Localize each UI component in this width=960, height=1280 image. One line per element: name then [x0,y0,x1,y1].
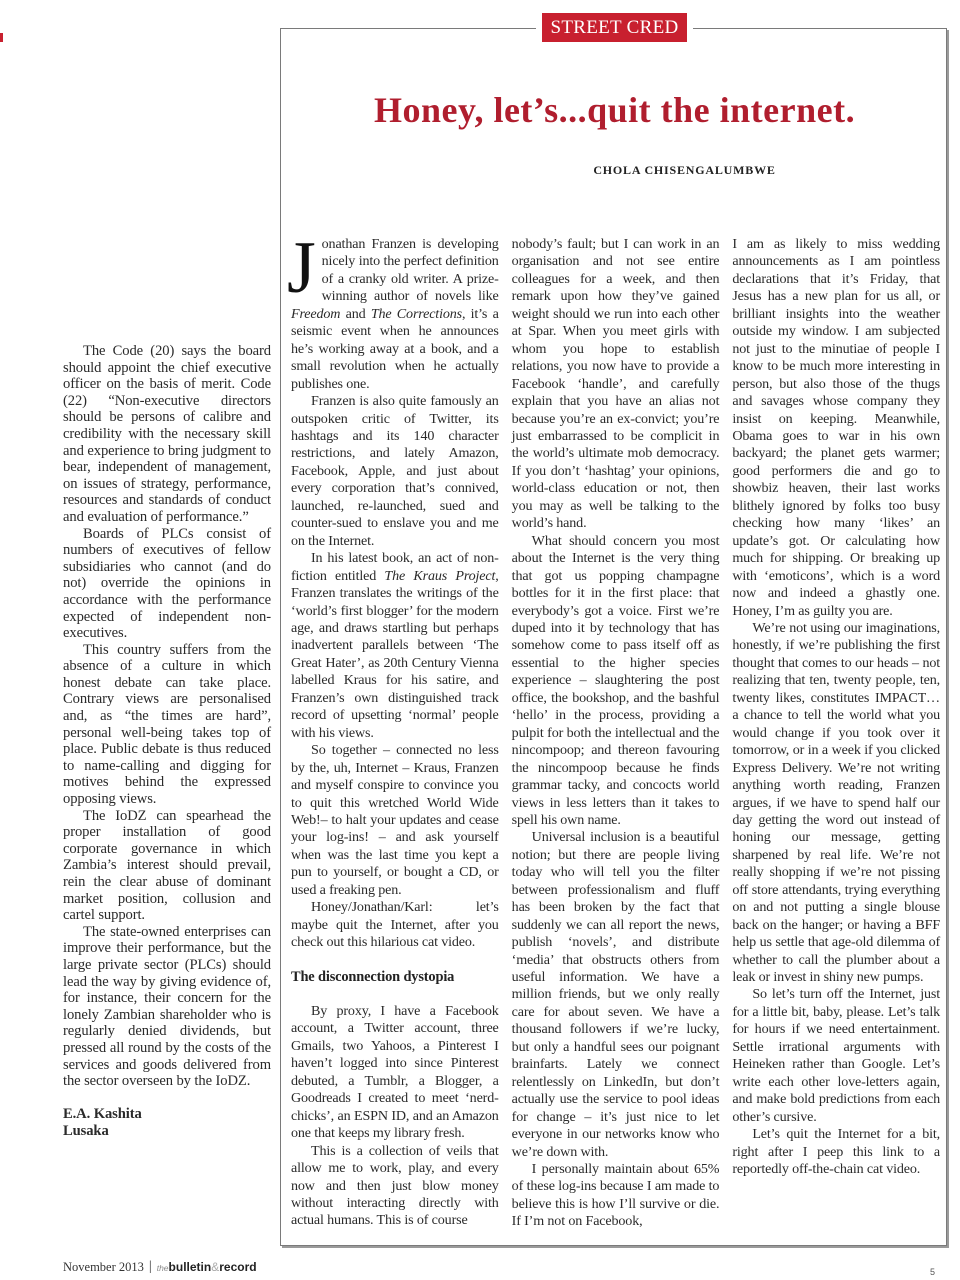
article-byline: CHOLA CHISENGALUMBWE [282,163,947,178]
letter-signature: E.A. Kashita Lusaka [63,1106,271,1140]
reader-letter: The Code (20) says the board should appo… [63,343,271,1140]
letter-paragraph: This country suffers from the absence of… [63,642,271,808]
article-paragraph: I personally maintain about 65% of these… [512,1161,720,1231]
article-paragraph: nobody’s fault; but I can work in an org… [512,236,720,533]
letter-paragraph: The Code (20) says the board should appo… [63,343,271,526]
page-number: 5 [930,1267,935,1277]
article-paragraph: So together – connected no less by the, … [291,742,499,899]
drop-cap: J [287,238,316,300]
letter-paragraph: Boards of PLCs consist of numbers of exe… [63,526,271,642]
footer-separator: | [149,1259,152,1275]
article-paragraph: Honey/Jonathan/Karl: let’s maybe quit th… [291,899,499,951]
signature-place: Lusaka [63,1123,271,1140]
article-title: Honey, let’s...quit the internet. [282,88,947,132]
article-subheading: The disconnection dystopia [291,969,499,986]
article-paragraph: This is a collection of veils that allow… [291,1143,499,1230]
article-paragraph: We’re not using our imaginations, honest… [732,620,940,987]
page-footer: November 2013 | thebulletin&record [63,1259,257,1275]
publication-logo: thebulletin&record [157,1260,257,1274]
article-column-2: nobody’s fault; but I can work in an org… [512,236,720,1231]
article-paragraph: Universal inclusion is a beautiful notio… [512,829,720,1161]
issue-date: November 2013 [63,1260,144,1275]
article-column-1: Jonathan Franzen is developing nicely in… [291,236,499,1231]
book-title: The Corrections [371,306,462,322]
article-paragraph: So let’s turn off the Internet, just for… [732,986,940,1126]
article-paragraph: In his latest book, an act of non-fictio… [291,550,499,742]
article-paragraph: By proxy, I have a Facebook account, a T… [291,1003,499,1143]
article-paragraph: Franzen is also quite famously an outspo… [291,393,499,550]
crop-mark [0,33,3,42]
book-title: The Kraus Project [384,568,495,584]
article-body: Jonathan Franzen is developing nicely in… [291,236,940,1231]
article-column-3: I am as likely to miss wedding announcem… [732,236,940,1231]
letter-paragraph: The state-owned enterprises can improve … [63,924,271,1090]
letter-paragraph: The IoDZ can spearhead the proper instal… [63,808,271,924]
article-paragraph: Let’s quit the Internet for a bit, right… [732,1126,940,1178]
signature-name: E.A. Kashita [63,1106,271,1123]
article-paragraph: Jonathan Franzen is developing nicely in… [291,236,499,393]
section-badge: STREET CRED [542,13,687,42]
book-title: Freedom [291,306,340,322]
article-paragraph: What should concern you most about the I… [512,533,720,830]
article-paragraph: I am as likely to miss wedding announcem… [732,236,940,620]
